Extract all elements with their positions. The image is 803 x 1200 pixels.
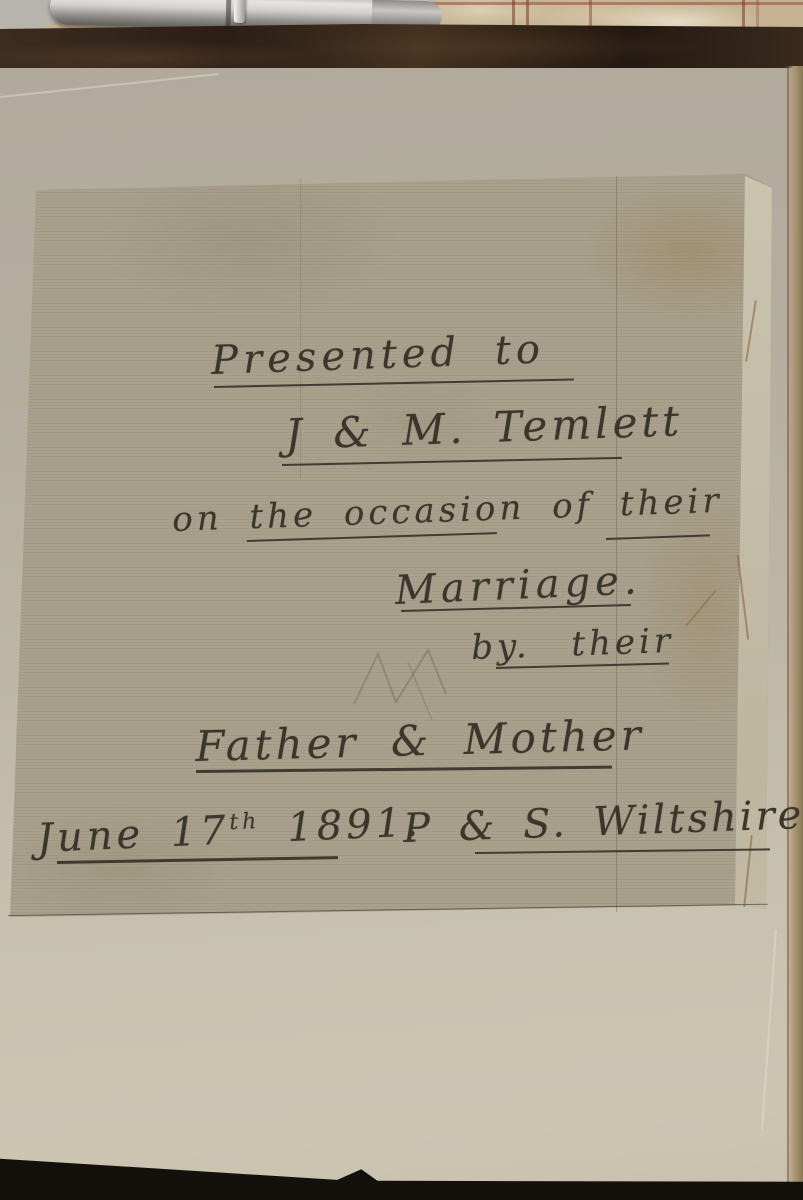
inscription-line-by: by. their [471,621,675,668]
photo-scene: Presented to J & M. Temlett on the occas… [0,0,803,1200]
pencil-scribble [348,642,458,727]
date-ordinal-suffix: th [229,809,261,835]
page-fore-edge-seam [787,66,789,1200]
pen-clip [234,0,246,23]
date-prefix: June 17 [36,808,231,862]
red-stripe-horizontal [430,2,803,5]
pen-ring [225,0,231,30]
date-suffix: 1891. [260,799,423,852]
